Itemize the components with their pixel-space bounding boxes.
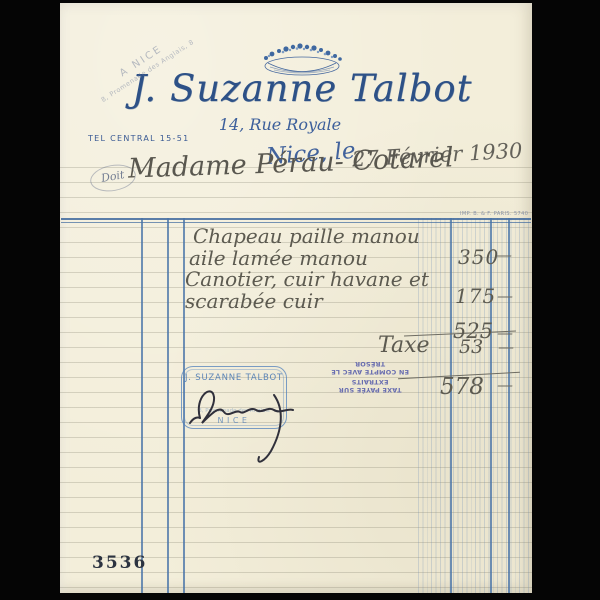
tax-centimes-dash: — [498, 337, 514, 356]
column-line-2 [167, 218, 169, 593]
table-top-rule [61, 218, 531, 220]
photo-background: J. Suzanne Talbot 14, Rue Royale TEL CEN… [0, 0, 600, 600]
item-2-centimes-dash: — [497, 286, 513, 305]
centimes-column-line [490, 218, 492, 593]
total-amount: 578 [440, 374, 484, 400]
handwritten-signature [184, 367, 324, 467]
total-centimes-dash: — [497, 375, 513, 394]
telephone-line: TEL CENTRAL 15-51 [88, 134, 190, 143]
printer-imprint: IMP. B. & F. PARIS. 5740 [460, 211, 528, 217]
column-line-1 [141, 218, 143, 593]
brand-address: 14, Rue Royale [60, 115, 500, 134]
tax-label: Taxe [378, 333, 430, 358]
treasury-tax-stamp-line-1: TAXE PAYÉE SUR EXTRAITS [326, 378, 414, 394]
table-top-rule-2 [61, 222, 531, 223]
treasury-tax-stamp: TAXE PAYÉE SUR EXTRAITS EN COMPTE AVEC L… [326, 360, 414, 394]
item-2-description-line-1: Canotier, cuir havane et [185, 267, 429, 291]
item-2-description-line-2: scarabée cuir [185, 289, 323, 313]
tax-amount: 53 [459, 336, 483, 358]
invoice-document: J. Suzanne Talbot 14, Rue Royale TEL CEN… [60, 3, 532, 593]
client-name: Madame Pérau- Cotarel [128, 142, 455, 184]
serial-number: 3536 [92, 553, 147, 573]
amount-column-line [450, 218, 452, 593]
right-margin-line [508, 218, 510, 593]
item-1-description-line-1: Chapeau paille manou [193, 224, 420, 248]
treasury-tax-stamp-line-2: EN COMPTE AVEC LE TRÉSOR [326, 360, 414, 376]
ledger-pinstripe-columns [418, 218, 530, 593]
item-2-amount: 175 [455, 284, 496, 308]
item-1-centimes-dash: — [496, 245, 512, 264]
item-1-amount: 350 [458, 245, 499, 269]
